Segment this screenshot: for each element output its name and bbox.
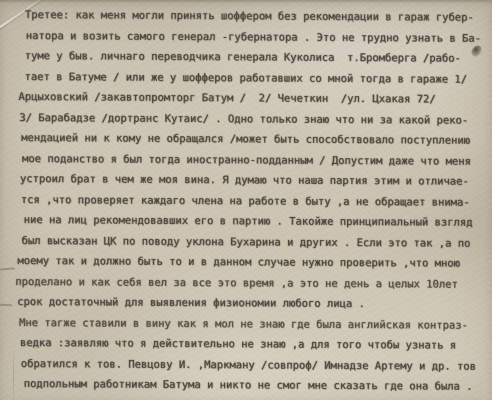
text-line: туме у быв. личнаго переводчика генерала… [25,46,492,69]
text-line: Мне тагже ставили в вину как я мол не зн… [19,312,492,335]
text-line: Третее: как меня могли принять шоффером … [25,5,492,28]
text-line: тает в Батуме / или же у шофферов работа… [24,66,492,89]
margin-pencil-mark [0,304,12,307]
text-line: 3/ Барабадзе /дортранс Кутаис/ . Одно то… [19,107,492,130]
text-line: Арцыховский /закавтопромторг Батум / 2/ … [18,87,492,110]
text-line: мендацией ни к кому не обращался /может … [21,128,492,151]
text-line: моему так и должно быть то и в данном сл… [17,251,492,274]
paper-fold-line [13,348,14,400]
document-page: Третее: как меня могли принять шоффером … [0,0,492,400]
text-line: был высказан ЦК по поводу уклона Бухарин… [21,230,492,253]
text-line: ведка :заявляю что я действительно не зн… [20,333,492,356]
text-line: проделано и как себя вел за все это врем… [15,271,492,294]
text-line: ние на лиц рекомендовавших его в партию … [24,210,492,233]
text-line: устроил брат в чем же моя вина. Я думаю … [20,169,492,192]
text-line: срок достаточный для выявления физиономи… [17,292,492,315]
text-line: тся ,что проверяет каждаго члена на рабо… [21,189,492,212]
typewritten-text: Третее: как меня могли принять шоффером … [23,5,492,397]
text-line: подпольным работникам Батума и никто не … [24,374,492,397]
text-line: мое поданство я был тогда иностранно-под… [22,148,492,171]
margin-pencil-mark [0,267,15,270]
text-line: натора и возить самого генерал -губернат… [26,26,492,49]
text-line: обратился к тов. Певцову И. ,Маркману /с… [21,353,492,376]
paper-edge-shadow [0,0,492,3]
